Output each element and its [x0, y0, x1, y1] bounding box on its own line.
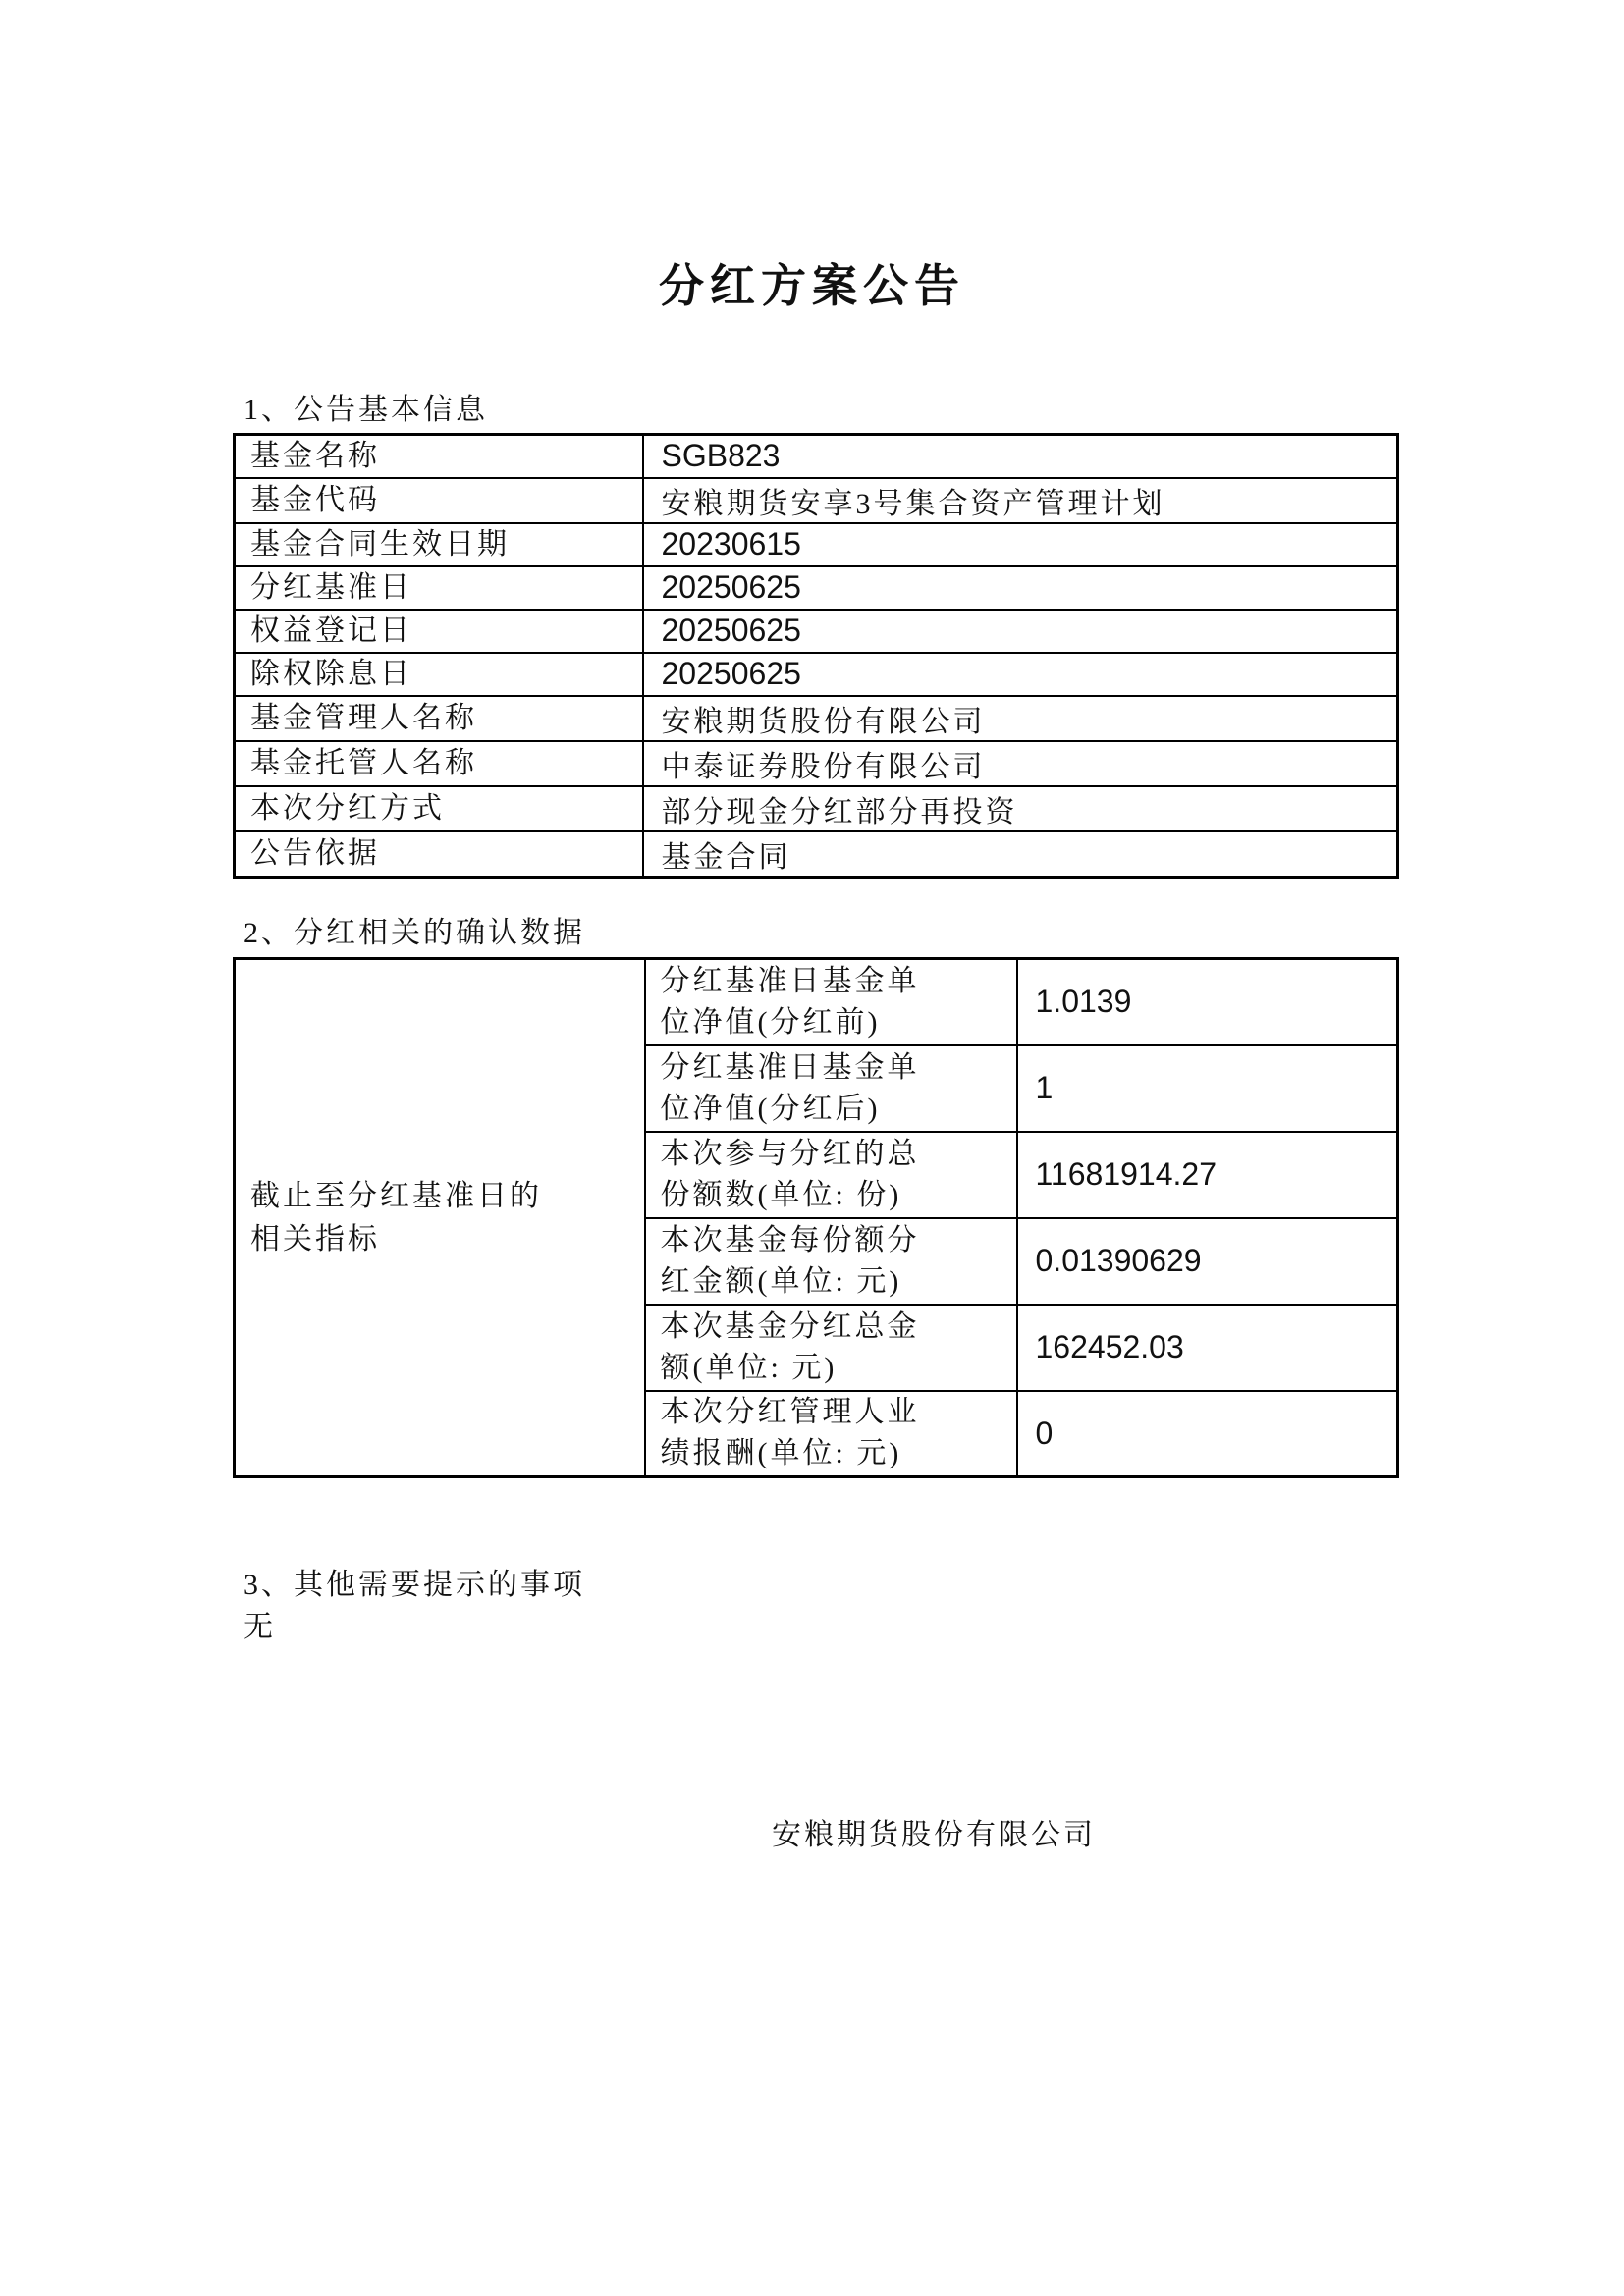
table-row: 截止至分红基准日的相关指标 分红基准日基金单位净值(分红前) 1.0139 [235, 959, 1398, 1045]
row-value: 基金合同 [643, 831, 1398, 878]
row-label: 本次基金分红总金额(单位: 元) [645, 1305, 1017, 1391]
section3-body: 无 [244, 1608, 275, 1647]
row-label: 本次基金每份额分红金额(单位: 元) [645, 1218, 1017, 1305]
table-row: 分红基准日 20250625 [235, 566, 1398, 610]
row-value: 162452.03 [1017, 1305, 1398, 1391]
signature-company: 安粮期货股份有限公司 [772, 1816, 1096, 1855]
row-value: 中泰证券股份有限公司 [643, 741, 1398, 786]
table-row: 基金托管人名称 中泰证券股份有限公司 [235, 741, 1398, 786]
row-label: 公告依据 [235, 831, 643, 878]
row-value: 20250625 [643, 653, 1398, 696]
row-label: 基金管理人名称 [235, 696, 643, 741]
row-value: 1.0139 [1017, 959, 1398, 1045]
table-row: 基金代码 安粮期货安享3号集合资产管理计划 [235, 478, 1398, 523]
row-group-label-text: 截止至分红基准日的相关指标 [250, 1175, 555, 1261]
table-row: 基金合同生效日期 20230615 [235, 523, 1398, 566]
row-value: SGB823 [643, 435, 1398, 478]
row-label: 权益登记日 [235, 610, 643, 653]
row-value: 部分现金分红部分再投资 [643, 786, 1398, 831]
row-label: 本次分红管理人业绩报酬(单位: 元) [645, 1391, 1017, 1477]
row-value: 1 [1017, 1045, 1398, 1132]
row-label: 基金代码 [235, 478, 643, 523]
row-value: 0.01390629 [1017, 1218, 1398, 1305]
row-value: 安粮期货股份有限公司 [643, 696, 1398, 741]
page-title: 分红方案公告 [0, 257, 1624, 316]
row-label: 基金名称 [235, 435, 643, 478]
basic-info-table: 基金名称 SGB823 基金代码 安粮期货安享3号集合资产管理计划 基金合同生效… [233, 433, 1399, 879]
row-label: 基金合同生效日期 [235, 523, 643, 566]
row-group-label: 截止至分红基准日的相关指标 [235, 959, 645, 1477]
section1-heading: 1、公告基本信息 [244, 391, 488, 430]
table-row: 公告依据 基金合同 [235, 831, 1398, 878]
row-label: 本次参与分红的总份额数(单位: 份) [645, 1132, 1017, 1218]
row-value: 20250625 [643, 610, 1398, 653]
section2-heading: 2、分红相关的确认数据 [244, 914, 585, 953]
row-value: 11681914.27 [1017, 1132, 1398, 1218]
table-row: 基金名称 SGB823 [235, 435, 1398, 478]
row-label: 除权除息日 [235, 653, 643, 696]
row-label: 基金托管人名称 [235, 741, 643, 786]
row-value: 0 [1017, 1391, 1398, 1477]
table-row: 本次分红方式 部分现金分红部分再投资 [235, 786, 1398, 831]
row-value: 20230615 [643, 523, 1398, 566]
row-label: 分红基准日基金单位净值(分红前) [645, 959, 1017, 1045]
table-row: 权益登记日 20250625 [235, 610, 1398, 653]
row-label: 分红基准日基金单位净值(分红后) [645, 1045, 1017, 1132]
row-value: 20250625 [643, 566, 1398, 610]
row-value: 安粮期货安享3号集合资产管理计划 [643, 478, 1398, 523]
row-label: 本次分红方式 [235, 786, 643, 831]
confirmation-data-table: 截止至分红基准日的相关指标 分红基准日基金单位净值(分红前) 1.0139 分红… [233, 957, 1399, 1478]
table-row: 除权除息日 20250625 [235, 653, 1398, 696]
section3-heading: 3、其他需要提示的事项 [244, 1566, 585, 1605]
announcement-document: 分红方案公告 1、公告基本信息 基金名称 SGB823 基金代码 安粮期货安享3… [0, 0, 1624, 2296]
row-label: 分红基准日 [235, 566, 643, 610]
table-row: 基金管理人名称 安粮期货股份有限公司 [235, 696, 1398, 741]
